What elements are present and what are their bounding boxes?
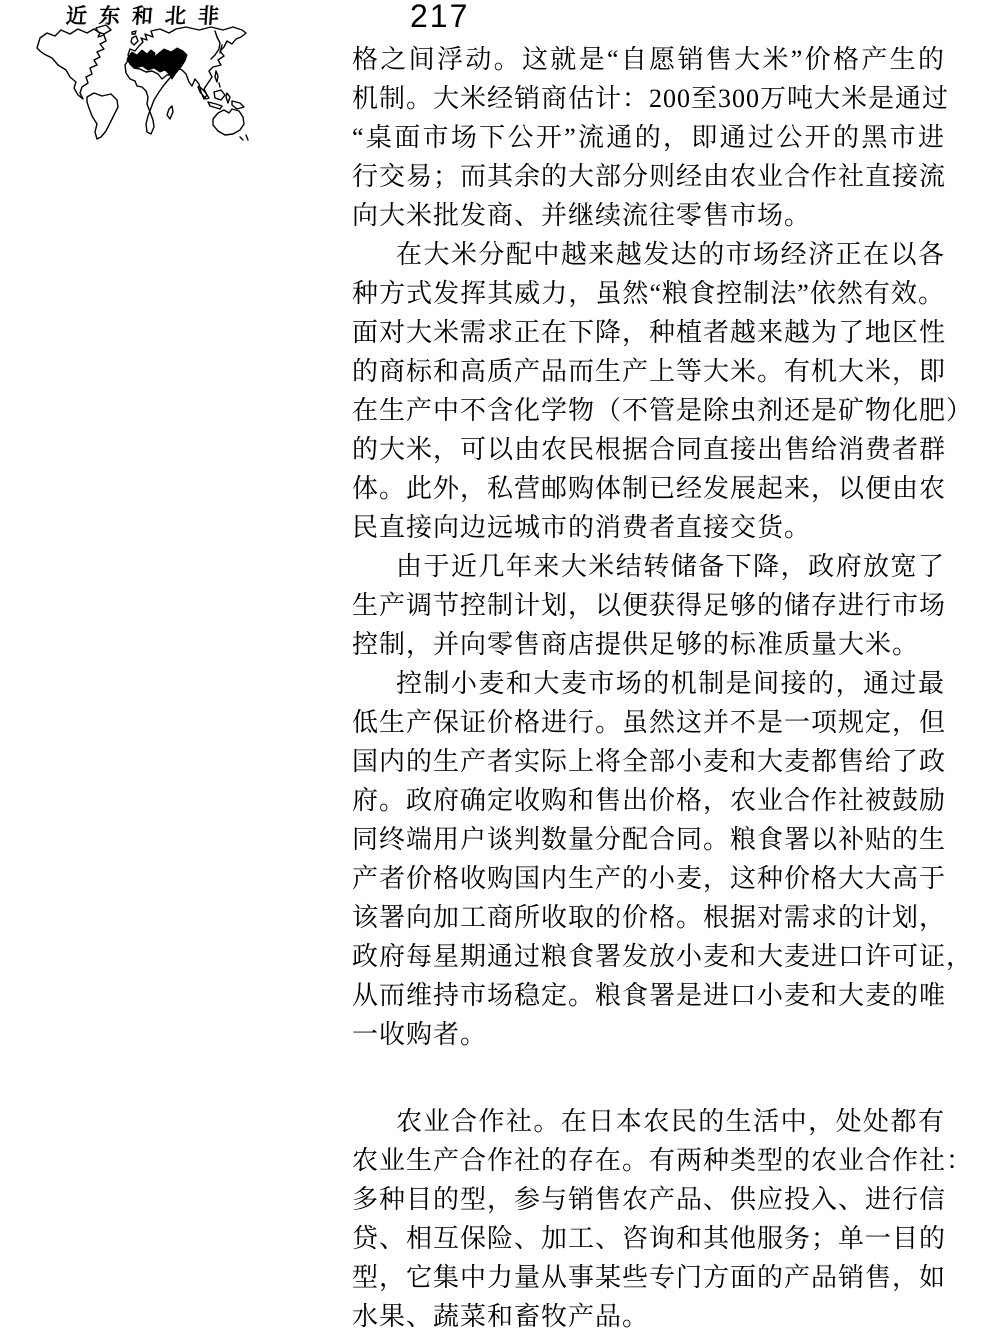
map-north-america — [37, 29, 106, 99]
paragraph: 控制小麦和大麦市场的机制是间接的，通过最低生产保证价格进行。虽然这并不是一项规定… — [352, 664, 945, 1054]
map-madagascar — [167, 106, 173, 119]
text-line: 控制小麦和大麦市场的机制是间接的，通过最 — [352, 664, 945, 703]
text-line: 该署向加工商所收取的价格。根据对需求的计划， — [352, 898, 945, 937]
text-line: 从而维持市场稳定。粮食署是进口小麦和大麦的唯 — [352, 976, 945, 1015]
text-line: 农业生产合作社的存在。有两种类型的农业合作社： — [352, 1141, 945, 1180]
map-philippines-south — [219, 83, 220, 87]
map-philippines — [215, 71, 218, 82]
text-line: 贷、相互保险、加工、咨询和其他服务；单一目的 — [352, 1219, 945, 1258]
text-line: 国内的生产者实际上将全部小麦和大麦都售给了政 — [352, 742, 945, 781]
map-sakhalin — [215, 31, 217, 37]
text-line: 同终端用户谈判数量分配合同。粮食署以补贴的生 — [352, 820, 945, 859]
map-sulawesi — [226, 93, 230, 103]
world-map-svg — [33, 24, 249, 154]
text-line: 府。政府确定收购和售出价格，农业合作社被鼓励 — [352, 781, 945, 820]
map-borneo — [214, 90, 225, 100]
text-line: 由于近几年来大米结转储备下降，政府放宽了 — [352, 547, 945, 586]
text-line: 在大米分配中越来越发达的市场经济正在以各 — [352, 235, 945, 274]
map-south-america — [87, 93, 118, 139]
map-greenland — [96, 25, 111, 34]
text-line: 在生产中不含化学物（不管是除虫剂还是矿物化肥） — [352, 391, 945, 430]
text-line: 的大米，可以由农民根据合同直接出售给消费者群 — [352, 430, 945, 469]
text-line: 低生产保证价格进行。虽然这并不是一项规定，但 — [352, 703, 945, 742]
map-near-east-north-africa-highlight — [127, 48, 187, 79]
page-number: 217 — [410, 0, 469, 32]
map-japan — [211, 37, 220, 59]
text-line: 体。此外，私营邮购体制已经发展起来，以便由农 — [352, 469, 945, 508]
text-line: 生产调节控制计划，以便获得足够的储存进行市场 — [352, 586, 945, 625]
paragraph: 格之间浮动。这就是“自愿销售大米”价格产生的机制。大米经销商估计：200至300… — [352, 40, 945, 235]
text-line: 多种目的型，参与销售农产品、供应投入、进行信 — [352, 1180, 945, 1219]
map-new-zealand — [246, 135, 248, 140]
text-line: 一收购者。 — [352, 1015, 945, 1054]
map-japan-island — [220, 45, 222, 53]
text-line: 行交易；而其余的大部分则经由农业合作社直接流 — [352, 157, 945, 196]
text-line: 机制。大米经销商估计：200至300万吨大米是通过 — [352, 79, 945, 118]
text-line: 的商标和高质产品而生产上等大米。有机大米，即 — [352, 352, 945, 391]
page-body-text: 格之间浮动。这就是“自愿销售大米”价格产生的机制。大米经销商估计：200至300… — [352, 40, 945, 1328]
text-line: 向大米批发商、并继续流往零售市场。 — [352, 196, 945, 235]
map-australia — [213, 109, 244, 135]
text-line: 控制，并向零售商店提供足够的标准质量大米。 — [352, 625, 945, 664]
text-line: 水果、蔬菜和畜牧产品。 — [352, 1297, 945, 1328]
text-line: 种方式发挥其威力，虽然“粮食控制法”依然有效。 — [352, 274, 945, 313]
paragraph: 农业合作社。在日本农民的生活中，处处都有农业生产合作社的存在。有两种类型的农业合… — [352, 1102, 945, 1328]
map-tasmania — [240, 137, 243, 140]
text-line: 格之间浮动。这就是“自愿销售大米”价格产生的 — [352, 40, 945, 79]
paragraph: 在大米分配中越来越发达的市场经济正在以各种方式发挥其威力，虽然“粮食控制法”依然… — [352, 235, 945, 547]
text-line: 民直接向边远城市的消费者直接交货。 — [352, 508, 945, 547]
map-java — [208, 102, 222, 109]
paragraph: 由于近几年来大米结转储备下降，政府放宽了生产调节控制计划，以便获得足够的储存进行… — [352, 547, 945, 664]
map-iceland — [132, 31, 136, 34]
world-map — [33, 24, 249, 154]
text-line: 产者价格收购国内生产的小麦，这种价格大大高于 — [352, 859, 945, 898]
text-line: 型，它集中力量从事某些专门方面的产品销售，如 — [352, 1258, 945, 1297]
text-line: “桌面市场下公开”流通的，即通过公开的黑市进 — [352, 118, 945, 157]
map-british-isles — [131, 36, 138, 45]
text-line: 政府每星期通过粮食署发放小麦和大麦进口许可证， — [352, 937, 945, 976]
text-line: 农业合作社。在日本农民的生活中，处处都有 — [352, 1102, 945, 1141]
text-line: 面对大米需求正在下降，种植者越来越为了地区性 — [352, 313, 945, 352]
map-new-guinea — [232, 101, 244, 109]
